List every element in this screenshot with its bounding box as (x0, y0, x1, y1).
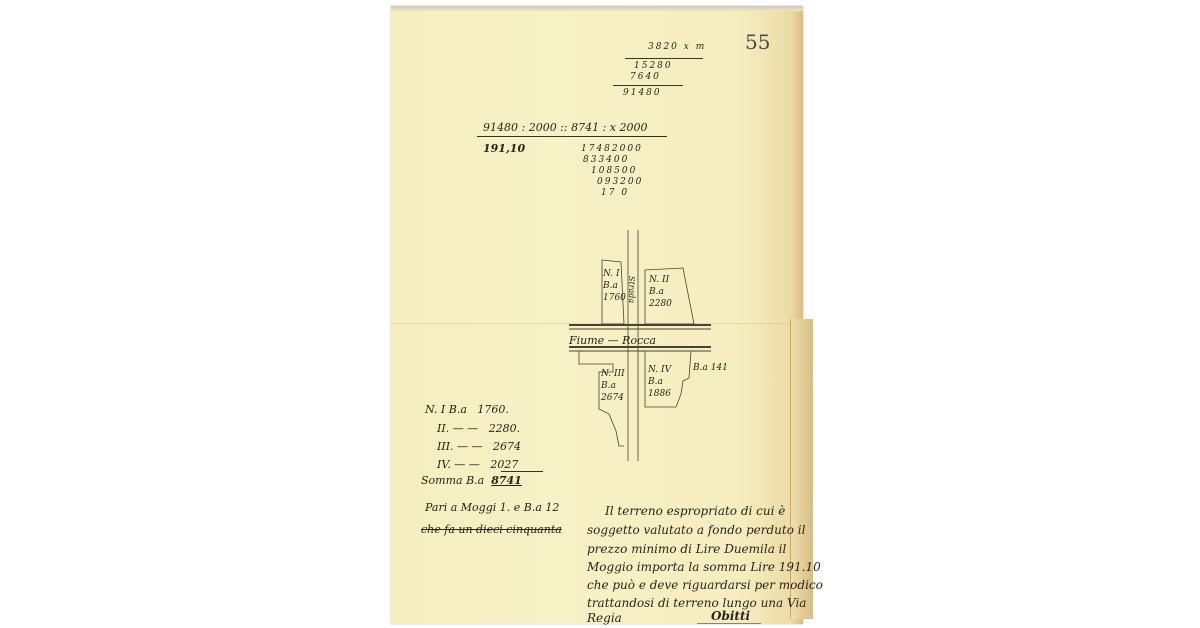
manuscript-page: 55 3820 x m 15280 7640 91480 91480 : 200… (391, 6, 803, 624)
paragraph-line: soggetto valutato a fondo perduto il (587, 523, 805, 537)
paragraph-line: Moggio importa la somma Lire 191.10 (587, 560, 821, 574)
river-label: Fiume — Rocca (569, 334, 656, 347)
summary-total: Somma B.a 8741 (421, 474, 522, 487)
summary-rule (501, 471, 543, 472)
note-line1: Pari a Moggi 1. e B.a 12 (425, 501, 559, 514)
side-note: B.a 141 (693, 363, 728, 373)
summary-row-II: II. — — 2280. (437, 422, 520, 435)
parcel-I: N. IB.a1760 (603, 268, 626, 304)
parcel-IV: N. IVB.a1886 (648, 364, 671, 400)
paragraph-line: trattandosi di terreno lungo una Via (587, 596, 806, 610)
paragraph-line: Regia (587, 611, 622, 625)
paragraph-line: che può e deve riguardarsi per modico (587, 578, 823, 592)
signature-rule (697, 623, 761, 624)
signature: Obitti (711, 609, 750, 623)
paragraph-line: prezzo minimo di Lire Duemila il (587, 542, 786, 556)
paragraph-line: Il terreno espropriato di cui è (605, 504, 785, 518)
summary-row-I: N. I B.a 1760. (425, 403, 509, 416)
summary-row-IV: IV. — — 2027 (437, 458, 518, 471)
summary-row-III: III. — — 2674 (437, 440, 521, 453)
note-line2-struck: che fa un dieci cinquanta (421, 523, 562, 536)
road-label: Strada (627, 276, 636, 303)
parcel-III: N. IIIB.a2674 (601, 368, 625, 404)
parcel-II: N. IIB.a2280 (649, 274, 672, 310)
